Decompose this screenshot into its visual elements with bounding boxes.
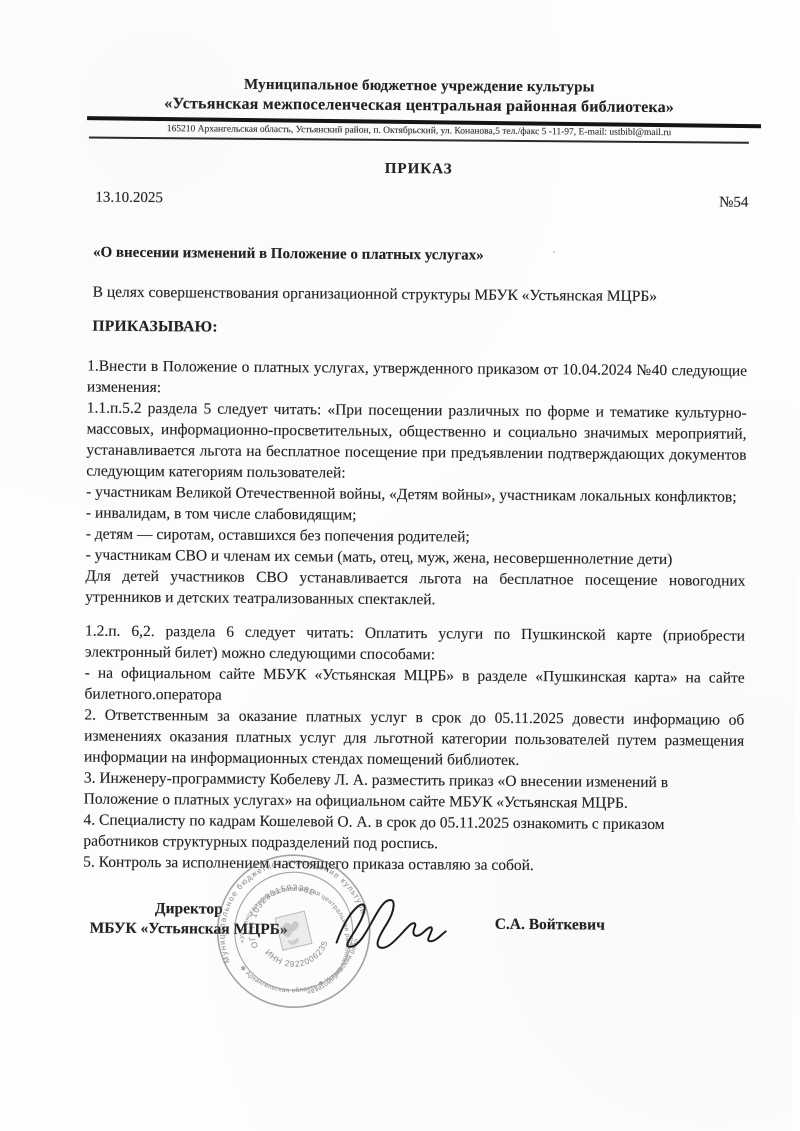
body-paragraph: 5. Контроль за исполнением настоящего пр…: [83, 852, 743, 878]
order-word: ПРИКАЗЫВАЮ:: [87, 318, 747, 341]
document-date: 13.10.2025: [95, 190, 163, 208]
body-paragraph: 1.2.п. 6,2. раздела 6 следует читать: Оп…: [85, 621, 745, 668]
body-paragraph: Для детей участников СВО устанавливается…: [85, 566, 745, 613]
stamp-center-emblem: [275, 911, 312, 950]
paper-speck: [553, 251, 555, 253]
handwritten-signature: [328, 892, 459, 959]
paper-speck: [326, 559, 328, 561]
scanned-order-document: Муниципальное бюджетное учреждение культ…: [0, 0, 800, 1131]
signer-name: С.А. Войткевич: [495, 916, 605, 935]
org-name-line2: «Устьянская межпоселенческая центральная…: [89, 95, 749, 118]
date-number-row: 13.10.2025 №54: [88, 190, 748, 212]
body-paragraph: 1.Внести в Положение о платных услугах, …: [87, 356, 747, 403]
preamble-text: В целях совершенствования организационно…: [88, 284, 748, 307]
body-paragraph: 1.1.п.5.2 раздела 5 следует читать: «При…: [86, 398, 747, 487]
body-paragraph: 3. Инженеру-программисту Кобелеву Л. А. …: [84, 768, 744, 815]
body-paragraph: 4. Специалисту по кадрам Кошелевой О. А.…: [83, 810, 743, 857]
document-number: №54: [719, 195, 748, 212]
body-paragraph: - на официальном сайте МБУК «Устьянская …: [84, 663, 744, 710]
body-paragraph: 2. Ответственным за оказание платных усл…: [84, 705, 744, 773]
document-subject: «О внесении изменений в Положение о плат…: [88, 245, 748, 267]
signature-block: Директор МБУК «Устьянская МЦРБ» Муниципа…: [81, 889, 743, 1094]
document-type-title: ПРИКАЗ: [89, 159, 749, 181]
order-body: 1.Внести в Положение о платных услугах, …: [83, 356, 747, 878]
